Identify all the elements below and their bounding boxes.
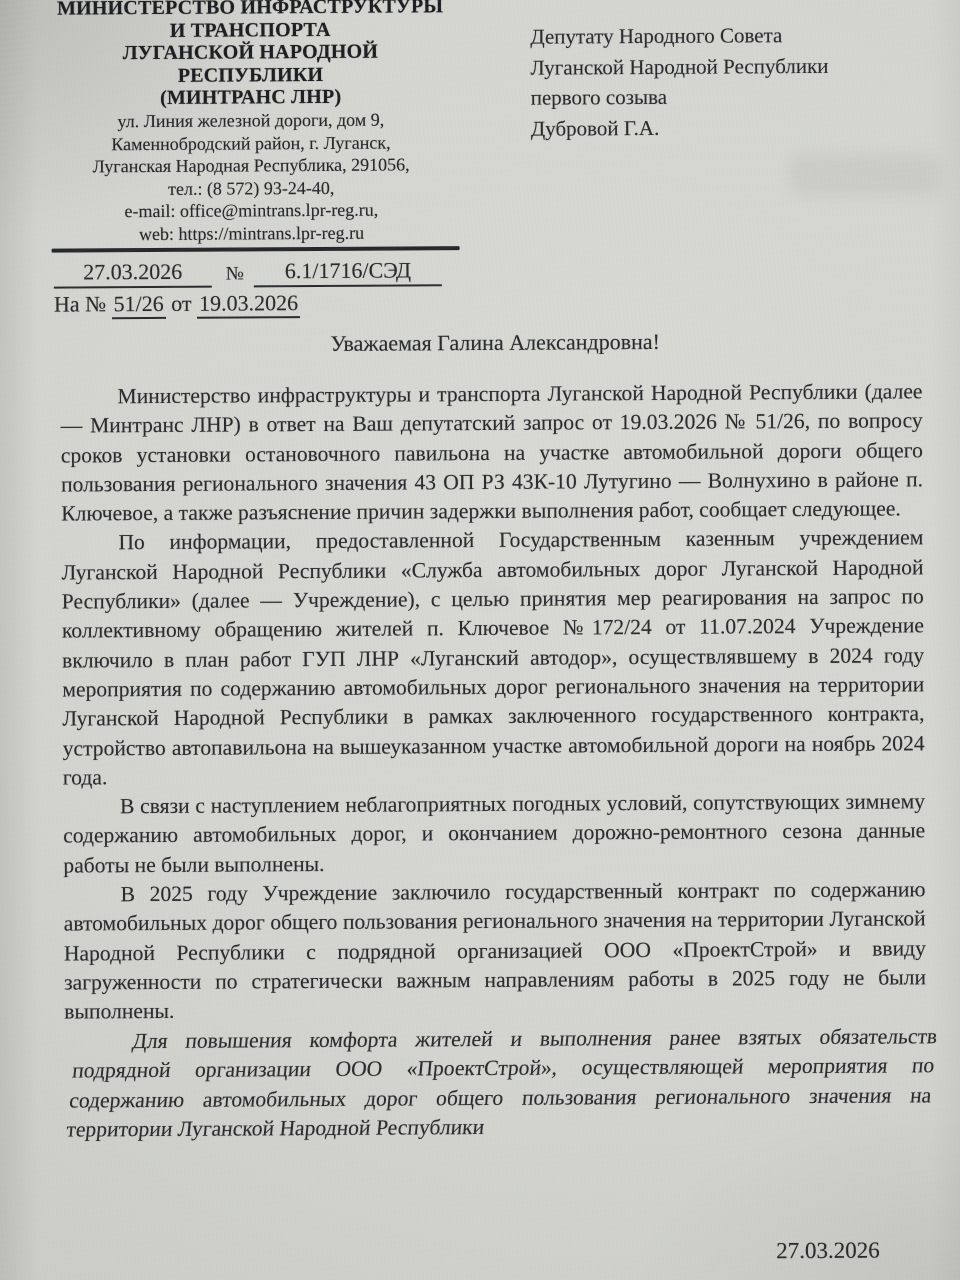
recipient-name: Дубровой Г.А.	[531, 111, 829, 143]
paragraph: Министерство инфраструктуры и транспорта…	[60, 377, 923, 529]
recipient-line: первого созыва	[531, 81, 829, 113]
paragraph: По информации, предоставленной Государст…	[61, 524, 925, 793]
paragraph: В связи с наступлением неблагоприятных п…	[63, 787, 926, 880]
recipient-block: Депутату Народного Совета Луганской Наро…	[530, 20, 829, 144]
letterhead-divider	[52, 246, 460, 252]
reply-date: 19.03.2026	[197, 290, 300, 319]
letter-content: МИНИСТЕРСТВО ИНФРАСТРУКТУРЫ И ТРАНСПОРТА…	[0, 0, 960, 1280]
paragraph: Для повышения комфорта жителей и выполне…	[65, 1022, 939, 1145]
reply-prefix: На №	[54, 291, 106, 316]
outgoing-reference-row: 27.03.2026 № 6.1/1716/СЭД	[54, 257, 442, 288]
org-address-line: Каменнобродский район, г. Луганск,	[35, 131, 467, 156]
reply-number: 51/26	[112, 291, 166, 319]
outgoing-number: 6.1/1716/СЭД	[254, 257, 442, 287]
recipient-line: Луганской Народной Республики	[530, 50, 828, 82]
footer-date: 27.03.2026	[776, 1238, 880, 1265]
org-short-name: (МИНТРАНС ЛНР)	[35, 85, 467, 110]
number-sign: №	[226, 263, 244, 285]
org-web-line: web: https://mintrans.lpr-reg.ru	[35, 221, 467, 246]
letter-body: Министерство инфраструктуры и транспорта…	[60, 377, 927, 1144]
org-name-line: МИНИСТЕРСТВО ИНФРАСТРУКТУРЫ	[34, 0, 466, 20]
letterhead: МИНИСТЕРСТВО ИНФРАСТРУКТУРЫ И ТРАНСПОРТА…	[34, 0, 468, 245]
org-address-line: Луганская Народная Республика, 291056,	[35, 153, 467, 178]
org-name-line: РЕСПУБЛИКИ	[34, 63, 466, 88]
org-phone-line: тел.: (8 572) 93-24-40,	[35, 176, 467, 201]
org-name-line: И ТРАНСПОРТА	[34, 18, 466, 43]
org-address-line: ул. Линия железной дороги, дом 9,	[35, 108, 467, 133]
reference-block: 27.03.2026 № 6.1/1716/СЭД На № 51/26 от …	[54, 257, 442, 317]
scanned-letter-page: МИНИСТЕРСТВО ИНФРАСТРУКТУРЫ И ТРАНСПОРТА…	[0, 0, 960, 1280]
paragraph: В 2025 году Учреждение заключило государ…	[63, 875, 926, 1027]
salutation: Уважаемая Галина Александровна!	[0, 327, 958, 359]
outgoing-date: 27.03.2026	[54, 259, 212, 289]
incoming-reference-row: На № 51/26 от 19.03.2026	[54, 289, 442, 317]
recipient-line: Депутату Народного Совета	[530, 20, 828, 52]
org-email-line: e-mail: office@mintrans.lpr-reg.ru,	[35, 198, 467, 223]
org-name-line: ЛУГАНСКОЙ НАРОДНОЙ	[34, 40, 466, 65]
reply-from-label: от	[171, 291, 191, 316]
